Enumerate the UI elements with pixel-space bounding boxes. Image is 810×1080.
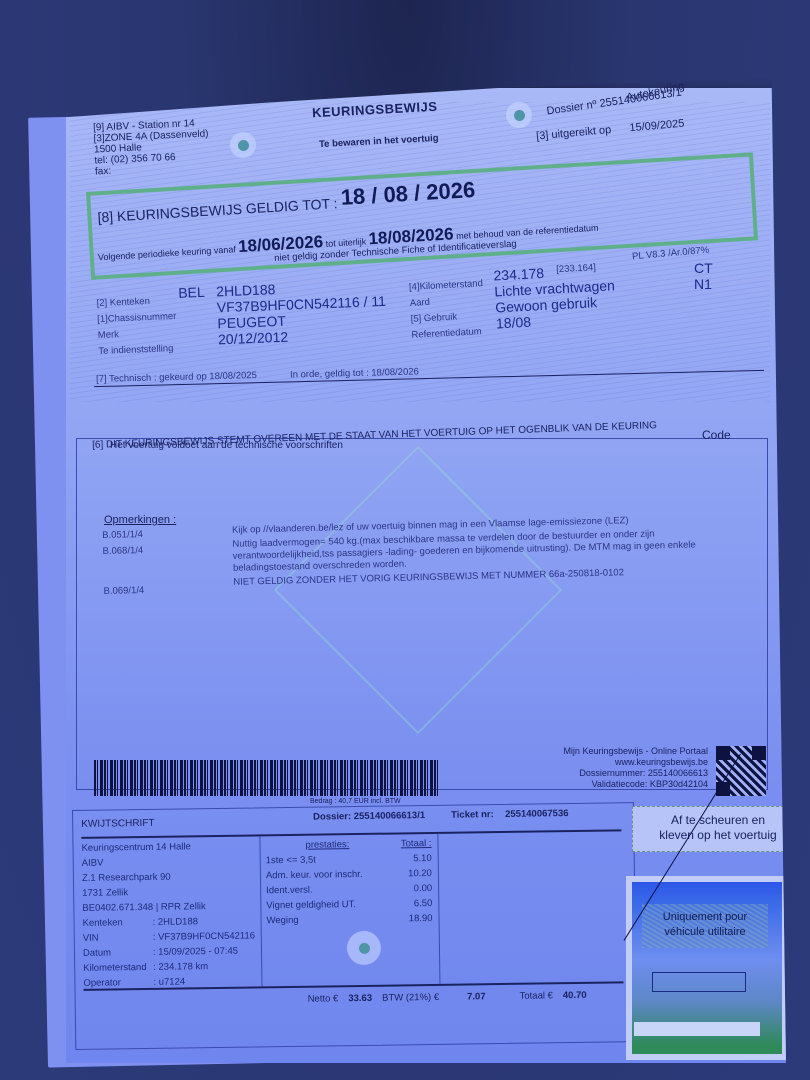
portal-validation-code: Validatiecode: KBP30d42104: [544, 779, 708, 790]
receipt: KWIJTSCHRIFT Dossier: 255140066613/1 Tic…: [72, 802, 637, 1050]
vehicle-sticker: Uniquement pour véhicule utilitaire: [626, 876, 788, 1060]
plate-label: [2] Kenteken: [96, 296, 150, 309]
registration-date: 20/12/2012: [218, 329, 289, 348]
eye-watermark-icon: [506, 102, 532, 128]
sticker-field: [652, 972, 746, 992]
service-amount: 5.10: [413, 851, 432, 866]
ticket-label: Ticket nr:: [451, 809, 494, 821]
receipt-address: Keuringscentrum 14 Halle AIBV Z.1 Resear…: [81, 838, 255, 990]
services-header: prestaties:: [305, 837, 349, 853]
service-name: Weging: [266, 913, 298, 928]
service-name: Ident.versl.: [266, 883, 313, 899]
receipt-totals: Netto € 33.63 BTW (21%) € 7.07 Totaal € …: [308, 990, 587, 1005]
barcode: [94, 760, 439, 796]
receipt-field: Datum: 15/09/2025 - 07:45: [83, 943, 255, 960]
service-name: Vignet geldigheid UT.: [266, 897, 356, 913]
field-value: : 234.178 km: [153, 959, 208, 975]
online-portal-info: Mijn Keuringsbewijs - Online Portaal www…: [544, 746, 708, 790]
sticker-text: Uniquement pour: [642, 910, 768, 925]
remark-code: B.069/1/4: [103, 585, 144, 597]
services-header-row: prestaties: Totaal :: [265, 836, 431, 853]
page-number: 1/1: [790, 772, 803, 783]
field-value: : VF37B9HF0CN542116: [153, 928, 255, 944]
validity-date: 18 / 08 / 2026: [340, 177, 476, 211]
portal-title: Mijn Keuringsbewijs - Online Portaal: [544, 746, 708, 757]
tear-off-sticker-area[interactable]: Af te scheuren en kleven op het voertuig…: [632, 806, 782, 1054]
eye-watermark-icon: [230, 132, 256, 158]
service-amount: 18.90: [409, 911, 433, 926]
sticker-text: véhicule utilitaire: [642, 925, 768, 940]
code-n1: N1: [694, 276, 712, 292]
portal-dossier: Dossiernummer: 255140066613: [544, 768, 708, 779]
field-label: VIN: [83, 930, 153, 946]
receipt-dossier: Dossier: 255140066613/1: [313, 810, 425, 823]
service-amount: 0.00: [414, 881, 433, 896]
field-label: Datum: [83, 945, 153, 961]
km-previous: [233.164]: [556, 262, 596, 275]
code-header: Code: [702, 428, 731, 442]
field-value: : u7124: [153, 974, 185, 989]
sticker-strip: [634, 1022, 760, 1036]
sticker-band: Uniquement pour véhicule utilitaire: [642, 904, 768, 948]
service-name: 1ste <= 3,5t: [266, 853, 316, 869]
field-label: Kenteken: [82, 915, 152, 931]
field-label: Kilometerstand: [83, 960, 153, 976]
portal-url[interactable]: www.keuringsbewijs.be: [544, 757, 708, 768]
conformity-subline: Het voertuig voldoet aan de technische v…: [110, 440, 343, 451]
ticket-number: 255140067536: [505, 808, 569, 820]
receipt-field: Operator: u7124: [83, 973, 255, 990]
receipt-title: KWIJTSCHRIFT: [81, 818, 154, 830]
kind-label: Aard: [410, 297, 431, 309]
remarks-title: Opmerkingen :: [104, 514, 176, 526]
receipt-body: Keuringscentrum 14 Halle AIBV Z.1 Resear…: [81, 829, 623, 991]
field-value: : 15/09/2025 - 07:45: [153, 944, 238, 960]
eye-watermark-icon: [347, 931, 381, 965]
field-value: : 2HLD188: [152, 914, 198, 930]
service-name: Adm. keur. voor inschr.: [266, 867, 363, 883]
inspection-certificate: KEURINGSBEWIJS Te bewaren in het voertui…: [66, 88, 786, 1063]
tear-off-line: kleven op het voertuig: [633, 828, 803, 843]
column-divider: [437, 834, 440, 984]
remark-code: B.051/1/4: [102, 529, 143, 541]
station-address: [9] AIBV - Station nr 14 [3]ZONE 4A (Das…: [93, 118, 210, 178]
btw-amount: 7.07: [467, 991, 486, 1002]
tear-off-label: Af te scheuren en kleven op het voertuig: [632, 806, 804, 852]
total-header: Totaal :: [401, 836, 432, 851]
reference-date: 18/08: [496, 314, 532, 332]
country-code: BEL: [178, 284, 205, 301]
services-table: prestaties: Totaal : 1ste <= 3,5t5.10 Ad…: [265, 836, 432, 928]
field-label: Operator: [83, 975, 153, 991]
btw-label: BTW (21%) €: [382, 992, 439, 1004]
netto-amount: 33.63: [348, 993, 372, 1004]
total-label: Totaal €: [520, 990, 553, 1001]
remark-code: B.068/1/4: [102, 545, 143, 557]
service-amount: 6.50: [414, 896, 433, 911]
barcode-caption: Bedrag : 40,7 EUR incl. BTW: [310, 798, 401, 805]
service-row: Weging18.90: [266, 911, 432, 928]
netto-label: Netto €: [308, 993, 339, 1004]
next-prefix: Volgende periodieke keuring vanaf: [98, 244, 236, 262]
validity-label: [8] KEURINGSBEWIJS GELDIG TOT :: [97, 195, 338, 225]
tear-off-line: Af te scheuren en: [633, 813, 803, 828]
make-label: Merk: [98, 329, 120, 341]
service-amount: 10.20: [408, 866, 432, 881]
column-divider: [259, 836, 262, 986]
next-suffix: met behoud van de referentiedatum: [456, 223, 599, 241]
total-amount: 40.70: [563, 990, 587, 1001]
code-ct: CT: [694, 260, 713, 276]
